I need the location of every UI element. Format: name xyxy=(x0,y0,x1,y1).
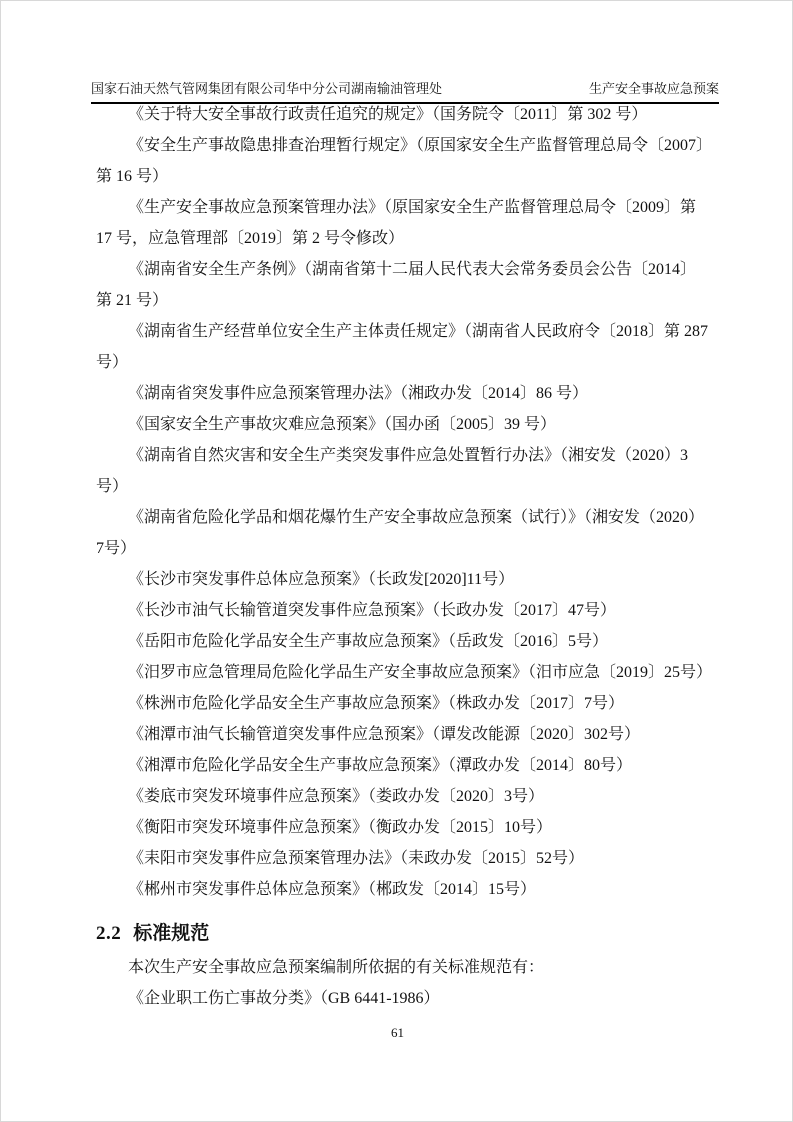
regulation-list: 《关于特大安全事故行政责任追究的规定》（国务院令〔2011〕第 302 号）《安… xyxy=(96,99,719,905)
body-line: 《株洲市危险化学品安全生产事故应急预案》（株政办发〔2017〕7号） xyxy=(96,688,719,719)
body-line: 《湖南省安全生产条例》（湖南省第十二届人民代表大会常务委员会公告〔2014〕 xyxy=(96,254,719,285)
body-line: 号） xyxy=(96,471,719,502)
standards-paragraphs: 本次生产安全事故应急预案编制所依据的有关标准规范有：《企业职工伤亡事故分类》（G… xyxy=(96,952,719,1014)
section-title: 标准规范 xyxy=(133,923,209,944)
body-line: 《郴州市突发事件总体应急预案》（郴政发〔2014〕15号） xyxy=(96,874,719,905)
paragraph-line: 《企业职工伤亡事故分类》（GB 6441-1986） xyxy=(96,983,719,1014)
body-line: 《湘潭市危险化学品安全生产事故应急预案》（潭政办发〔2014〕80号） xyxy=(96,750,719,781)
section-heading: 2.2标准规范 xyxy=(96,919,209,949)
body-line: 《湖南省危险化学品和烟花爆竹生产安全事故应急预案（试行）》（湘安发（2020） xyxy=(96,502,719,533)
body-line: 7号） xyxy=(96,533,719,564)
body-line: 《关于特大安全事故行政责任追究的规定》（国务院令〔2011〕第 302 号） xyxy=(96,99,719,130)
body-line: 《安全生产事故隐患排查治理暂行规定》（原国家安全生产监督管理总局令〔2007〕 xyxy=(96,130,719,161)
body-line: 《国家安全生产事故灾难应急预案》（国办函〔2005〕39 号） xyxy=(96,409,719,440)
body-line: 号） xyxy=(96,347,719,378)
body-line: 《耒阳市突发事件应急预案管理办法》（耒政办发〔2015〕52号） xyxy=(96,843,719,874)
paragraph-line: 本次生产安全事故应急预案编制所依据的有关标准规范有： xyxy=(96,952,719,983)
body-line: 《湖南省生产经营单位安全生产主体责任规定》（湖南省人民政府令〔2018〕第 28… xyxy=(96,316,719,347)
body-line: 17 号，应急管理部〔2019〕第 2 号令修改） xyxy=(96,223,719,254)
body-line: 第 21 号） xyxy=(96,285,719,316)
body-line: 《娄底市突发环境事件应急预案》（娄政办发〔2020〕3号） xyxy=(96,781,719,812)
header-right-text: 生产安全事故应急预案 xyxy=(589,82,719,96)
body-line: 《湘潭市油气长输管道突发事件应急预案》（谭发改能源〔2020〕302号） xyxy=(96,719,719,750)
body-line: 《生产安全事故应急预案管理办法》（原国家安全生产监督管理总局令〔2009〕第 xyxy=(96,192,719,223)
section-number: 2.2 xyxy=(96,923,121,944)
body-line: 《湖南省突发事件应急预案管理办法》（湘政办发〔2014〕86 号） xyxy=(96,378,719,409)
body-line: 第 16 号） xyxy=(96,161,719,192)
page-number: 61 xyxy=(391,1025,404,1040)
document-page: 国家石油天然气管网集团有限公司华中分公司湖南输油管理处 生产安全事故应急预案 《… xyxy=(0,0,793,1122)
body-line: 《衡阳市突发环境事件应急预案》（衡政办发〔2015〕10号） xyxy=(96,812,719,843)
body-line: 《长沙市油气长输管道突发事件应急预案》（长政办发〔2017〕47号） xyxy=(96,595,719,626)
body-line: 《湖南省自然灾害和安全生产类突发事件应急处置暂行办法》（湘安发（2020）3 xyxy=(96,440,719,471)
body-line: 《汨罗市应急管理局危险化学品生产安全事故应急预案》（汨市应急〔2019〕25号） xyxy=(96,657,719,688)
body-line: 《长沙市突发事件总体应急预案》（长政发[2020]11号） xyxy=(96,564,719,595)
body-line: 《岳阳市危险化学品安全生产事故应急预案》（岳政发〔2016〕5号） xyxy=(96,626,719,657)
header-left-text: 国家石油天然气管网集团有限公司华中分公司湖南输油管理处 xyxy=(91,82,442,96)
page-footer: 61 xyxy=(1,1025,793,1041)
